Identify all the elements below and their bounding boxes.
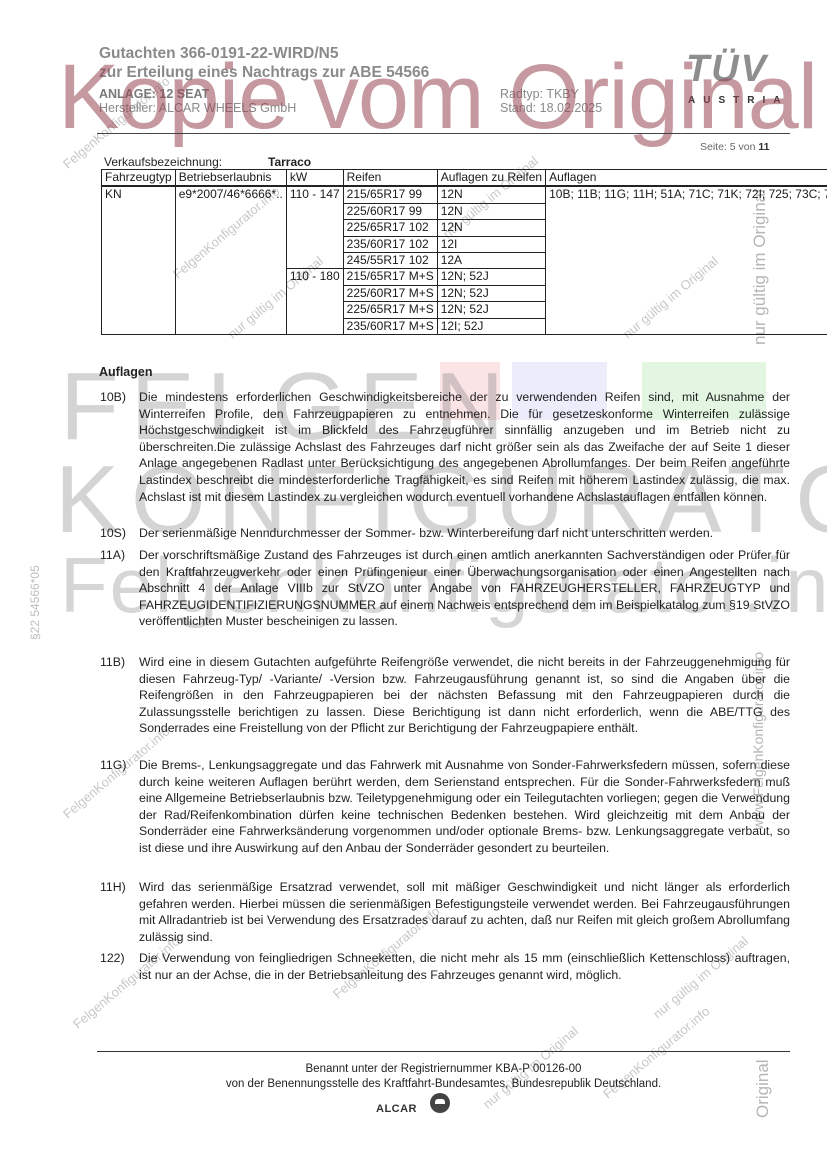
cell-auflagen-reifen: 12N; 52J <box>437 302 545 318</box>
auflagen-heading: Auflagen <box>99 365 152 379</box>
auflage-item-11h: 11H) Wird das serienmäßige Ersatzrad ver… <box>100 879 790 945</box>
auflage-item-122: 122) Die Verwendung von feingliedrigen S… <box>100 950 790 983</box>
cell-reifen: 225/65R17 M+S <box>343 302 437 318</box>
auflage-code: 11G) <box>100 757 138 774</box>
footer-line-1: Benannt unter der Registriernummer KBA-P… <box>97 1062 790 1077</box>
auflage-code: 11H) <box>100 879 138 896</box>
auflage-text: Die Brems-, Lenkungsaggregate und das Fa… <box>139 757 790 857</box>
auflage-item-11g: 11G) Die Brems-, Lenkungsaggregate und d… <box>100 757 790 857</box>
cell-reifen: 225/65R17 102 <box>343 220 437 236</box>
cell-auflagen-reifen: 12N <box>437 186 545 203</box>
cell-auflagen-reifen: 12N <box>437 220 545 236</box>
cell-reifen: 225/60R17 99 <box>343 203 437 219</box>
alcar-logo-icon <box>430 1093 450 1113</box>
auflage-code: 10S) <box>100 525 138 542</box>
cell-reifen: 215/65R17 99 <box>343 186 437 203</box>
auflage-code: 11A) <box>100 547 138 564</box>
cell-reifen: 225/60R17 M+S <box>343 285 437 301</box>
footer-text: Benannt unter der Registriernummer KBA-P… <box>97 1062 790 1092</box>
auflage-text: Die mindestens erforderlichen Geschwindi… <box>139 389 790 505</box>
alcar-logo: ALCAR <box>376 1093 456 1123</box>
auflage-text: Der serienmäßige Nenndurchmesser der Som… <box>139 525 790 542</box>
auflage-code: 11B) <box>100 654 138 671</box>
cell-auflagen-general: 10B; 11B; 11G; 11H; 51A; 71C; 71K; 72I; … <box>546 186 827 334</box>
side-reference-number: §22 54566*05 <box>28 565 42 640</box>
auflage-code: 122) <box>100 950 138 967</box>
auflage-text: Wird eine in diesem Gutachten aufgeführt… <box>139 654 790 737</box>
cell-auflagen-reifen: 12N; 52J <box>437 269 545 285</box>
cell-auflagen-reifen: 12A <box>437 252 545 268</box>
alcar-logo-word: ALCAR <box>376 1103 417 1115</box>
col-auflagen: Auflagen <box>546 170 827 187</box>
cell-reifen: 235/60R17 102 <box>343 236 437 252</box>
auflage-item-10s: 10S) Der serienmäßige Nenndurchmesser de… <box>100 525 790 542</box>
col-betriebserlaubnis: Betriebserlaubnis <box>175 170 286 187</box>
cell-auflagen-reifen: 12N; 52J <box>437 285 545 301</box>
cell-reifen: 235/60R17 M+S <box>343 318 437 334</box>
auflage-text: Der vorschriftsmäßige Zustand des Fahrze… <box>139 547 790 630</box>
tire-table: Fahrzeugtyp Betriebserlaubnis kW Reifen … <box>101 169 827 335</box>
auflage-item-11a: 11A) Der vorschriftsmäßige Zustand des F… <box>100 547 790 630</box>
cell-auflagen-reifen: 12N <box>437 203 545 219</box>
col-fahrzeugtyp: Fahrzeugtyp <box>102 170 176 187</box>
auflage-text: Wird das serienmäßige Ersatzrad verwende… <box>139 879 790 945</box>
cell-auflagen-reifen: 12I; 52J <box>437 318 545 334</box>
auflage-item-10b: 10B) Die mindestens erforderlichen Gesch… <box>100 389 790 505</box>
page-number: Seite: 5 von 11 <box>700 141 769 153</box>
footer-line-2: von der Benennungsstelle des Kraftfahrt-… <box>97 1077 790 1092</box>
cell-betriebserlaubnis: e9*2007/46*6666*.. <box>175 186 286 334</box>
header-divider <box>97 133 790 134</box>
col-kw: kW <box>286 170 343 187</box>
auflage-code: 10B) <box>100 389 138 406</box>
cell-kw: 110 - 147 <box>286 186 343 268</box>
table-row: KN e9*2007/46*6666*.. 110 - 147 215/65R1… <box>102 186 827 203</box>
cell-fahrzeugtyp: KN <box>102 186 176 334</box>
cell-kw: 110 - 180 <box>286 269 343 335</box>
verkaufsbezeichnung-label: Verkaufsbezeichnung: <box>104 155 222 169</box>
col-reifen: Reifen <box>343 170 437 187</box>
col-auflagen-zu-reifen: Auflagen zu Reifen <box>437 170 545 187</box>
auflage-item-11b: 11B) Wird eine in diesem Gutachten aufge… <box>100 654 790 737</box>
cell-auflagen-reifen: 12I <box>437 236 545 252</box>
cell-reifen: 245/55R17 102 <box>343 252 437 268</box>
verkaufsbezeichnung-value: Tarraco <box>268 155 311 169</box>
footer-divider <box>97 1051 790 1052</box>
watermark-kopie-vom-original: Kopie vom Original <box>58 52 817 142</box>
cell-reifen: 215/65R17 M+S <box>343 269 437 285</box>
auflage-text: Die Verwendung von feingliedrigen Schnee… <box>139 950 790 983</box>
table-header-row: Fahrzeugtyp Betriebserlaubnis kW Reifen … <box>102 170 827 187</box>
